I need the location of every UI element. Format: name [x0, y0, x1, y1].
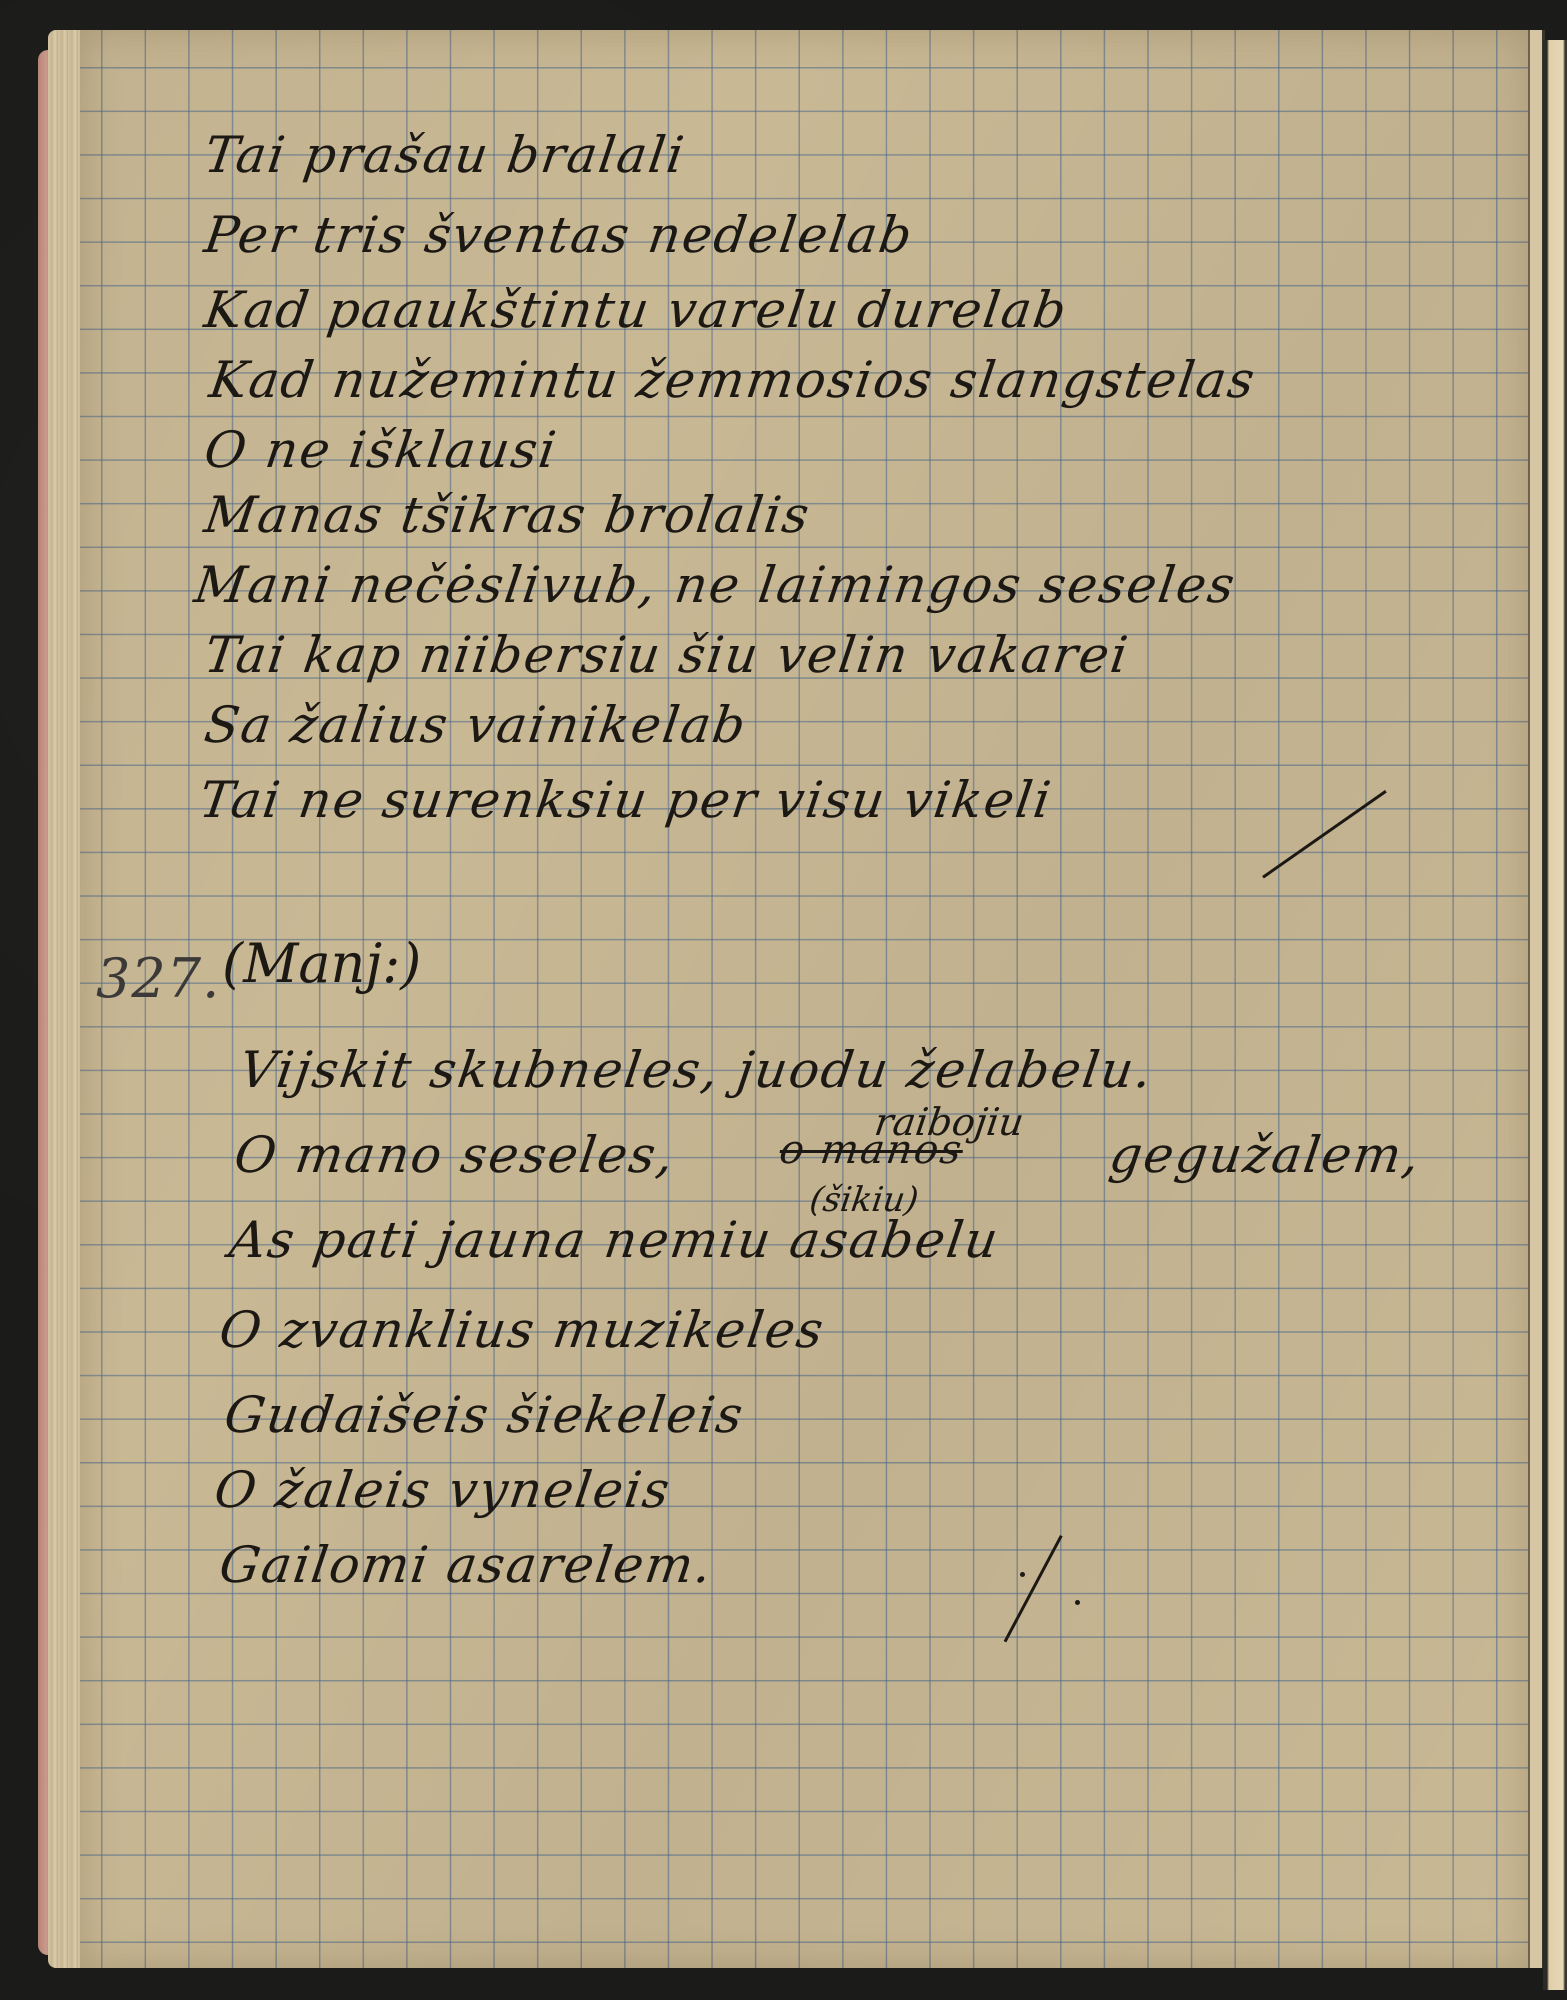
song-line: Manas tšikras brolalis	[201, 490, 813, 540]
song-line: Tai kap niibersiu šiu velin vakarei	[201, 630, 1132, 680]
end-dot	[1075, 1600, 1080, 1605]
end-dot	[1020, 1572, 1025, 1577]
song-line: Per tris šventas nedelelab	[201, 210, 916, 260]
song-line: Vijskit skubneles, juodu želabelu.	[236, 1045, 1156, 1095]
handwritten-text: Tai prašau bralali Per tris šventas nede…	[0, 0, 1567, 2000]
song-line: Tai ne surenksiu per visu vikeli	[196, 775, 1055, 825]
song-line: Tai prašau bralali	[201, 130, 688, 180]
song-line: Kad nužemintu žemmosios slangstelas	[206, 355, 1259, 405]
end-slash-mark	[1004, 1535, 1063, 1642]
song-line: O ne išklausi	[201, 425, 560, 475]
song-line: Gailomi asarelem.	[216, 1540, 716, 1590]
song-number: 327.	[96, 947, 220, 1010]
song-line: O mano seseles,	[231, 1130, 678, 1180]
song-line: Gudaišeis šiekeleis	[221, 1390, 747, 1440]
song-line: Kad paaukštintu varelu durelab	[201, 285, 1070, 335]
song-line: O zvanklius muzikeles	[216, 1305, 828, 1355]
song-line: As pati jauna nemiu asabelu	[226, 1215, 1002, 1265]
song-line: Mani nečėslivub, ne laimingos seseles	[191, 560, 1239, 610]
insertion-above: raibojiu	[872, 1100, 1027, 1144]
song-line: Sa žalius vainikelab	[201, 700, 750, 750]
song-line: O žaleis vyneleis	[211, 1465, 674, 1515]
source-note: (Manj:)	[222, 932, 421, 995]
song-line: gegužalem,	[1106, 1130, 1424, 1180]
end-slash-mark	[1262, 790, 1387, 878]
